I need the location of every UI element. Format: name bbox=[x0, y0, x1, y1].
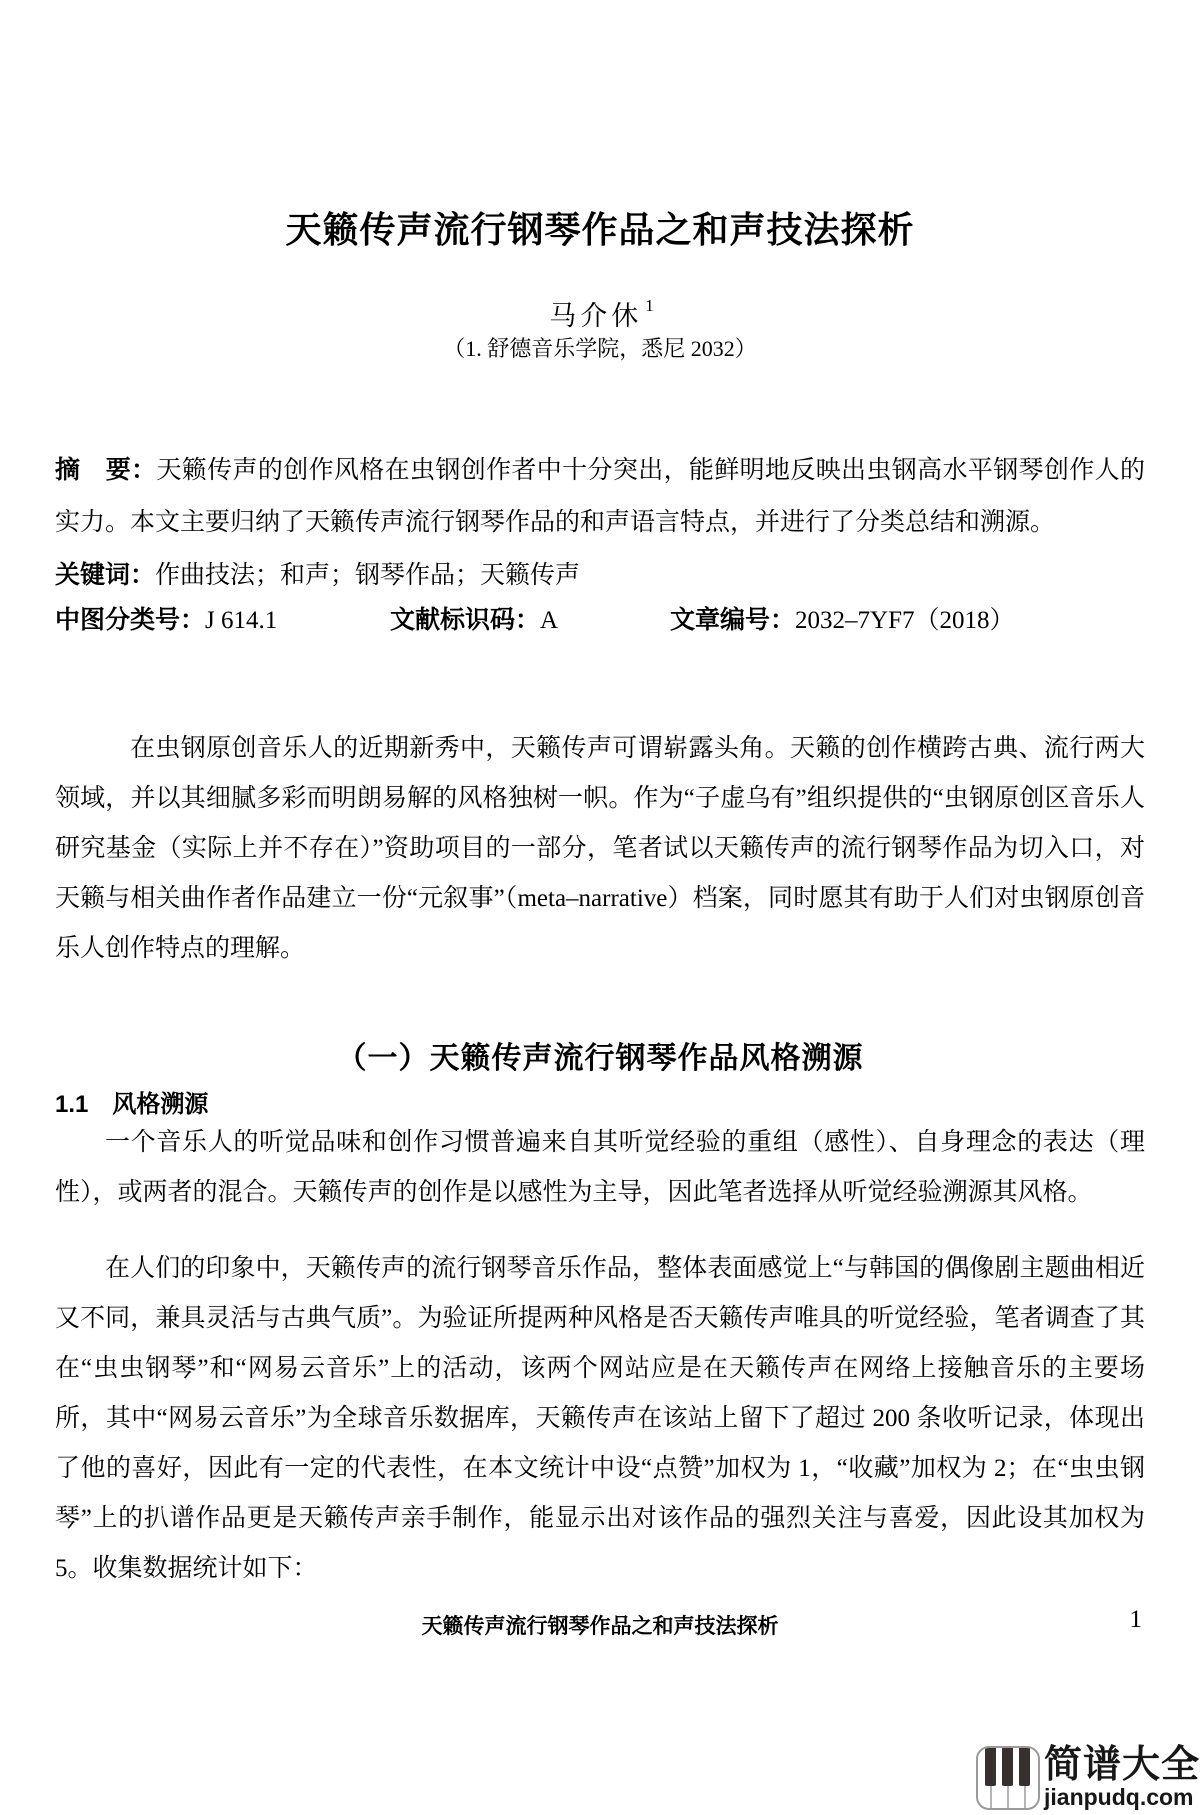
front-matter: 摘 要：天籁传声的创作风格在虫钢创作者中十分突出，能鲜明地反映出虫钢高水平钢琴创… bbox=[55, 444, 1145, 647]
abstract: 摘 要：天籁传声的创作风格在虫钢创作者中十分突出，能鲜明地反映出虫钢高水平钢琴创… bbox=[55, 444, 1145, 549]
article-id-value: 2032–7YF7（2018） bbox=[795, 607, 1014, 634]
author-name: 马介休 bbox=[549, 301, 642, 331]
section-1-heading: （一）天籁传声流行钢琴作品风格溯源 bbox=[0, 1033, 1200, 1077]
piano-white-key-divider bbox=[1007, 1786, 1009, 1808]
doc-code-pair: 文献标识码：A bbox=[390, 594, 670, 647]
piano-keys-icon bbox=[976, 1746, 1040, 1810]
watermark-brand: 简谱大全 bbox=[1044, 1746, 1200, 1784]
piano-black-key bbox=[1019, 1748, 1030, 1786]
doc-code-label: 文献标识码： bbox=[390, 606, 540, 634]
page-title: 天籁传声流行钢琴作品之和声技法探析 bbox=[0, 202, 1200, 253]
section-1-paragraph-1: 一个音乐人的听觉品味和创作习惯普遍来自其听觉经验的重组（感性）、自身理念的表达（… bbox=[55, 1118, 1145, 1218]
footer-running-title: 天籁传声流行钢琴作品之和声技法探析 bbox=[0, 1610, 1200, 1640]
author-line: 马介休1 bbox=[0, 294, 1200, 333]
jianpudq-watermark: 简谱大全 jianpudq.com bbox=[976, 1746, 1200, 1810]
intro-paragraph: 在虫钢原创音乐人的近期新秀中，天籁传声可谓崭露头角。天籁的创作横跨古典、流行两大… bbox=[55, 724, 1145, 974]
watermark-text: 简谱大全 jianpudq.com bbox=[1044, 1746, 1200, 1809]
piano-black-key bbox=[1002, 1748, 1013, 1786]
clc-label: 中图分类号： bbox=[55, 606, 205, 634]
author-footnote-superscript: 1 bbox=[645, 296, 654, 315]
piano-white-key-divider bbox=[990, 1786, 992, 1808]
abstract-text: 天籁传声的创作风格在虫钢创作者中十分突出，能鲜明地反映出虫钢高水平钢琴创作人的实… bbox=[55, 457, 1145, 536]
clc-pair: 中图分类号：J 614.1 bbox=[55, 594, 390, 647]
section-1-paragraph-2: 在人们的印象中，天籁传声的流行钢琴音乐作品，整体表面感觉上“与韩国的偶像剧主题曲… bbox=[55, 1244, 1145, 1594]
affiliation: （1. 舒德音乐学院，悉尼 2032） bbox=[0, 332, 1200, 363]
doc-code-value: A bbox=[540, 607, 558, 634]
classification-row: 中图分类号：J 614.1 文献标识码：A 文章编号：2032–7YF7（201… bbox=[55, 594, 1145, 647]
clc-value: J 614.1 bbox=[205, 607, 277, 634]
keywords-label: 关键词： bbox=[55, 561, 155, 589]
watermark-domain: jianpudq.com bbox=[1044, 1785, 1200, 1809]
article-id-label: 文章编号： bbox=[670, 606, 795, 634]
article-id-pair: 文章编号：2032–7YF7（2018） bbox=[670, 594, 1014, 647]
keywords-text: 作曲技法；和声；钢琴作品；天籁传声 bbox=[155, 562, 580, 589]
piano-white-key-divider bbox=[1024, 1786, 1026, 1808]
subsection-1-1-heading: 1.1 风格溯源 bbox=[55, 1084, 208, 1119]
abstract-label: 摘 要： bbox=[55, 456, 156, 484]
piano-black-key bbox=[985, 1748, 996, 1786]
page-number: 1 bbox=[1130, 1606, 1143, 1634]
